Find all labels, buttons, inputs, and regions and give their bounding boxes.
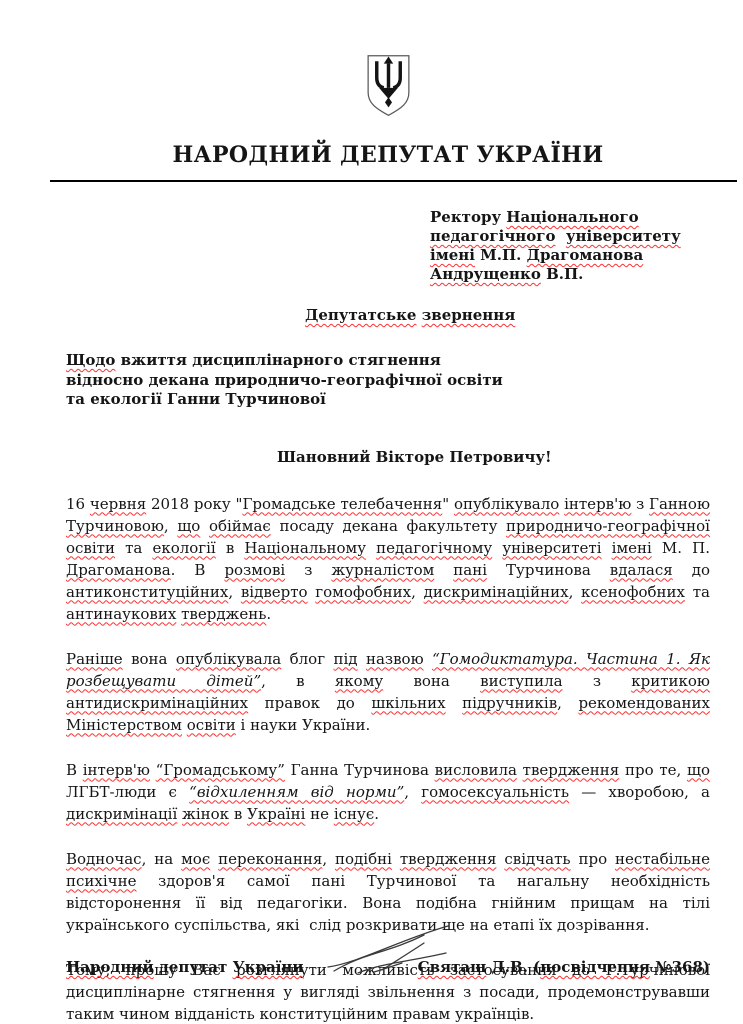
addressee-line: Ректору Національного <box>430 208 710 227</box>
header-rule <box>50 180 737 182</box>
addressee-block: Ректору Національного педагогічного унів… <box>430 208 710 284</box>
signature-title: Народний депутат України <box>66 958 304 977</box>
body-paragraph-2: Раніше вона опублікувала блог під назвою… <box>66 648 710 736</box>
subject-line: та екології Ганни Турчинової <box>66 390 710 410</box>
ukraine-trident-coat-of-arms-icon <box>365 53 412 118</box>
subject-line: Щодо вжиття дисциплінарного стягнення <box>66 351 710 371</box>
body-paragraph-3: В інтерв'ю “Громадському” Ганна Турчинов… <box>66 759 710 825</box>
body-paragraph-1: 16 червня 2018 року "Громадське телебаче… <box>66 493 710 625</box>
letter-content: НАРОДНИЙ ДЕПУТАТ УКРАЇНИ Ректору Націона… <box>0 53 743 1024</box>
addressee-line: Андрущенко В.П. <box>430 265 710 284</box>
signatory-name: Святаш Д.В. (посвідчення №368) <box>418 958 710 977</box>
signature-row: Народний депутат України Святаш Д.В. (по… <box>66 958 710 977</box>
subject-block: Щодо вжиття дисциплінарного стягнення ві… <box>66 351 710 410</box>
handwritten-signature-icon <box>324 923 456 977</box>
subject-line: відносно декана природничо-географічної … <box>66 371 710 391</box>
deputy-appeal-letter-page: НАРОДНИЙ ДЕПУТАТ УКРАЇНИ Ректору Націона… <box>0 0 743 1024</box>
addressee-line: імені М.П. Драгоманова <box>430 246 710 265</box>
addressee-line: педагогічного університету <box>430 227 710 246</box>
document-type-heading: Депутатське звернення <box>305 306 710 325</box>
salutation: Шановний Вікторе Петровичу! <box>277 448 710 467</box>
header-title: НАРОДНИЙ ДЕПУТАТ УКРАЇНИ <box>66 142 710 168</box>
